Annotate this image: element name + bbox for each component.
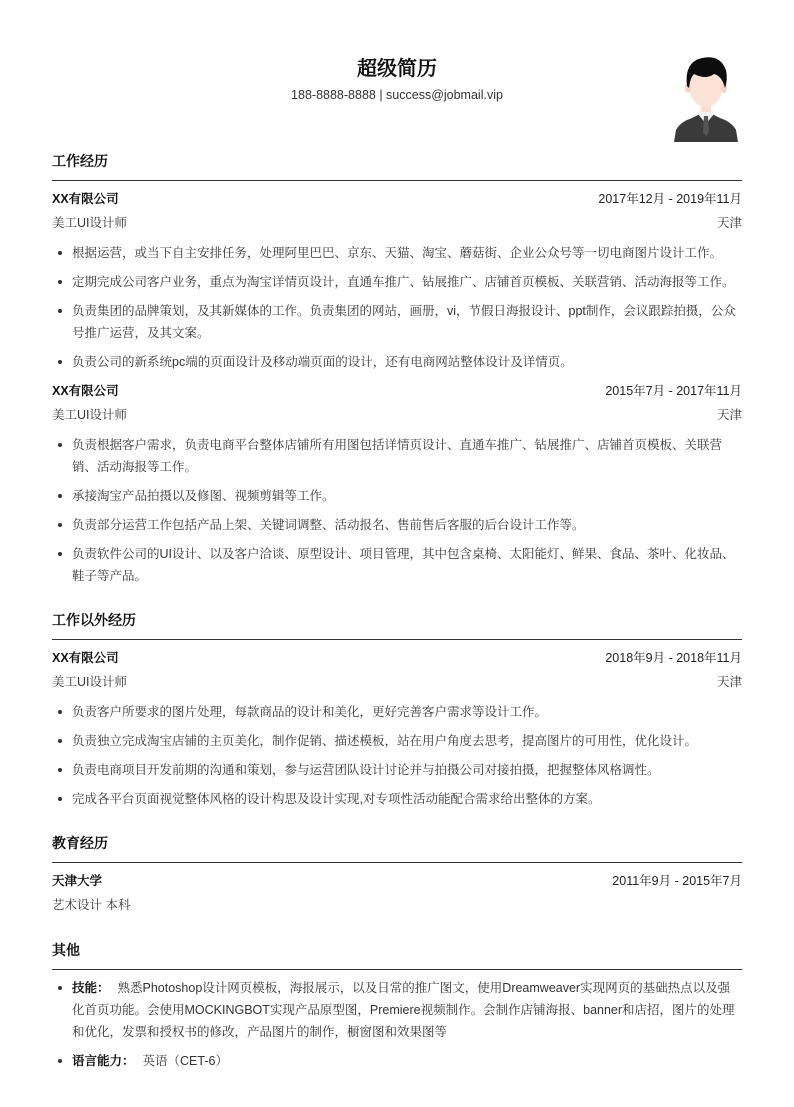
job-role: 美工UI设计师	[52, 403, 127, 427]
language-item: 语言能力：英语（CET-6）	[52, 1050, 742, 1072]
list-item: 负责软件公司的UI设计、以及客户洽谈、原型设计、项目管理，其中包含桌椅、太阳能灯…	[52, 543, 742, 587]
education-period: 2011年9月 - 2015年7月	[612, 869, 742, 893]
school-name: 天津大学	[52, 869, 102, 893]
company-name: XX有限公司	[52, 379, 119, 403]
work-entry: XX有限公司 2017年12月 - 2019年11月 美工UI设计师 天津 根据…	[52, 187, 742, 373]
bullet-list: 技能：熟悉Photoshop设计网页模板，海报展示，以及日常的推广图文，使用Dr…	[52, 977, 742, 1072]
job-location: 天津	[717, 670, 742, 694]
work-period: 2017年12月 - 2019年11月	[598, 187, 742, 211]
company-name: XX有限公司	[52, 646, 119, 670]
other-section: 其他 技能：熟悉Photoshop设计网页模板，海报展示，以及日常的推广图文，使…	[52, 939, 742, 1072]
candidate-name: 超级简历	[52, 52, 742, 81]
extra-entry: XX有限公司 2018年9月 - 2018年11月 美工UI设计师 天津 负责客…	[52, 646, 742, 810]
list-item: 定期完成公司客户业务，重点为淘宝详情页设计，直通车推广、钻展推广、店铺首页模板、…	[52, 271, 742, 293]
company-name: XX有限公司	[52, 187, 119, 211]
list-item: 负责电商项目开发前期的沟通和策划，参与运营团队设计讨论并与拍摄公司对接拍摄，把握…	[52, 759, 742, 781]
bullet-list: 负责客户所要求的图片处理，每款商品的设计和美化，更好完善客户需求等设计工作。 负…	[52, 701, 742, 810]
work-period: 2015年7月 - 2017年11月	[605, 379, 742, 403]
list-item: 完成各平台页面视觉整体风格的设计构思及设计实现,对专项性活动能配合需求给出整体的…	[52, 788, 742, 810]
skills-text: 熟悉Photoshop设计网页模板，海报展示，以及日常的推广图文，使用Dream…	[72, 981, 735, 1039]
work-entry: XX有限公司 2015年7月 - 2017年11月 美工UI设计师 天津 负责根…	[52, 379, 742, 587]
list-item: 负责独立完成淘宝店铺的主页美化，制作促销、描述模板，站在用户角度去思考，提高图片…	[52, 730, 742, 752]
resume-header: 超级简历 188-8888-8888 | success@jobmail.vip	[52, 0, 742, 150]
job-location: 天津	[717, 403, 742, 427]
list-item: 负责部分运营工作包括产品上架、关键词调整、活动报名、售前售后客服的后台设计工作等…	[52, 514, 742, 536]
skills-label: 技能：	[72, 981, 110, 995]
bullet-list: 根据运营，或当下自主安排任务，处理阿里巴巴、京东、天猫、淘宝、蘑菇街、企业公众号…	[52, 242, 742, 373]
list-item: 负责根据客户需求，负责电商平台整体店铺所有用图包括详情页设计、直通车推广、钻展推…	[52, 434, 742, 478]
list-item: 负责集团的品牌策划，及其新媒体的工作。负责集团的网站，画册，vi，节假日海报设计…	[52, 300, 742, 344]
extra-experience-section: 工作以外经历 XX有限公司 2018年9月 - 2018年11月 美工UI设计师…	[52, 609, 742, 810]
list-item: 负责客户所要求的图片处理，每款商品的设计和美化，更好完善客户需求等设计工作。	[52, 701, 742, 723]
section-title: 工作以外经历	[52, 609, 742, 640]
list-item: 负责公司的新系统pc端的页面设计及移动端页面的设计，还有电商网站整体设计及详情页…	[52, 351, 742, 373]
skills-item: 技能：熟悉Photoshop设计网页模板，海报展示，以及日常的推广图文，使用Dr…	[52, 977, 742, 1043]
contact-info: 188-8888-8888 | success@jobmail.vip	[52, 88, 742, 102]
list-item: 根据运营，或当下自主安排任务，处理阿里巴巴、京东、天猫、淘宝、蘑菇街、企业公众号…	[52, 242, 742, 264]
language-label: 语言能力：	[72, 1054, 135, 1068]
major-degree: 艺术设计 本科	[52, 893, 130, 917]
section-title: 教育经历	[52, 832, 742, 863]
education-section: 教育经历 天津大学 2011年9月 - 2015年7月 艺术设计 本科	[52, 832, 742, 917]
job-location: 天津	[717, 211, 742, 235]
job-role: 美工UI设计师	[52, 670, 127, 694]
work-experience-section: 工作经历 XX有限公司 2017年12月 - 2019年11月 美工UI设计师 …	[52, 150, 742, 587]
bullet-list: 负责根据客户需求，负责电商平台整体店铺所有用图包括详情页设计、直通车推广、钻展推…	[52, 434, 742, 587]
work-period: 2018年9月 - 2018年11月	[605, 646, 742, 670]
section-title: 工作经历	[52, 150, 742, 181]
section-title: 其他	[52, 939, 742, 970]
language-text: 英语（CET-6）	[143, 1054, 228, 1068]
resume-page: 超级简历 188-8888-8888 | success@jobmail.vip…	[52, 0, 742, 1072]
list-item: 承接淘宝产品拍摄以及修图、视频剪辑等工作。	[52, 485, 742, 507]
job-role: 美工UI设计师	[52, 211, 127, 235]
avatar-man-in-suit-icon	[670, 52, 742, 142]
